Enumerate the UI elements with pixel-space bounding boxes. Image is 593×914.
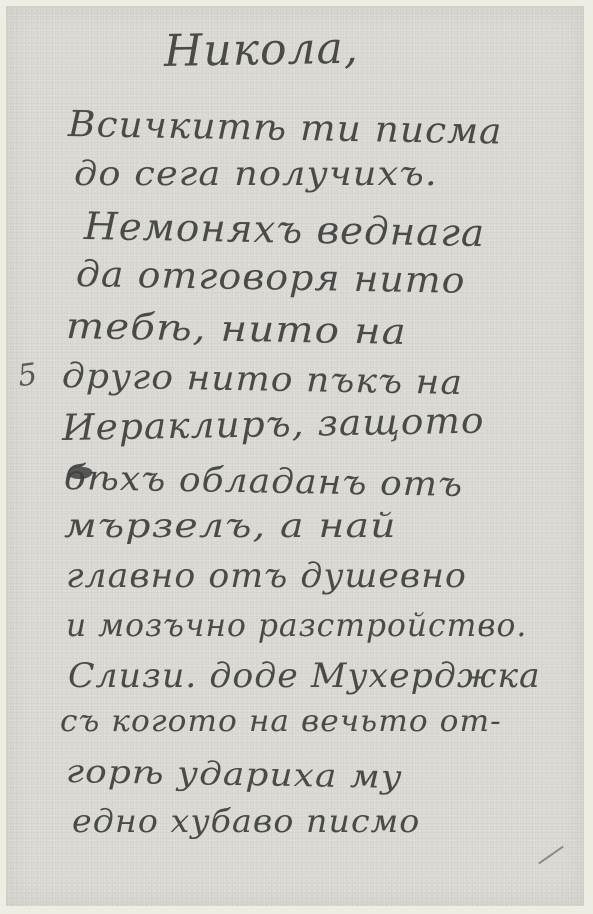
ink-blot [68, 467, 92, 479]
letter-line-6: друго нито пъкъ на [62, 356, 464, 403]
letter-line-3: Немоняхъ веднага [84, 204, 486, 255]
letter-line-7: Иераклиръ, защото [62, 401, 485, 449]
letter-page: Никола, Всичкитѣ ти писма до сега получи… [6, 6, 584, 906]
letter-line-14: горѣ удариха му [66, 752, 403, 796]
letter-line-4: да отговоря нито [76, 254, 466, 302]
letter-line-13: съ когото на вечьто от- [60, 704, 502, 739]
letter-line-8: бѣхъ обладанъ отъ [64, 458, 464, 505]
letter-line-5: тебѣ, нито на [66, 306, 408, 353]
letter-line-1: Всичкитѣ ти писма [68, 104, 503, 153]
trailing-pen-stroke [538, 846, 564, 865]
salutation: Никола, [164, 23, 360, 77]
letter-line-11: и мозъчно разстройство. [66, 606, 527, 644]
letter-line-2: до сега получихъ. [74, 154, 438, 194]
letter-line-12: Слизи. доде Мухерджка [68, 656, 541, 696]
letter-line-9: мързелъ, а най [64, 506, 397, 546]
margin-note: 5 [16, 357, 40, 394]
letter-line-15: едно хубаво писмо [72, 802, 420, 840]
letter-line-10: главно отъ душевно [66, 556, 467, 596]
